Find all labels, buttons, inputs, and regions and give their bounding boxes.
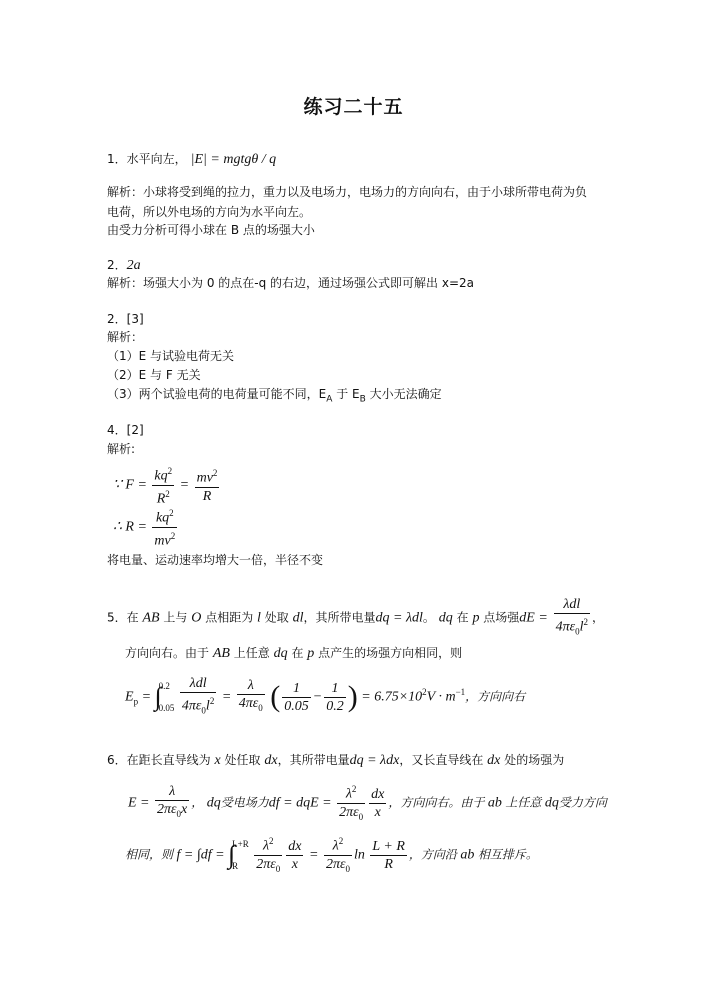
q1-formula: |E| = mgtgθ / q [191,152,276,167]
q3-item-3: （3）两个试验电荷的电荷量可能不同，EA 于 EB 大小无法确定 [107,385,442,404]
fraction: λdl4πε0l2 [180,675,216,719]
q5-integral: Ep = ∫0.20.05 λdl4πε0l2 = λ4πε0 (10.05−1… [125,675,525,719]
fraction: λdl4πε0l2 [554,596,590,640]
q1-analysis-line3: 由受力分析可得小球在 B 点的场强大小 [107,221,315,238]
fraction: kq2R2 [152,463,174,507]
q6-line1: 6．在距长直导线为 x 处任取 dx，其所带电量dq = λdx，又长直导线在 … [107,751,564,769]
fraction: λ2πε0x [155,783,189,823]
fraction: L + RR [370,838,407,873]
fraction: mv2R [195,465,220,505]
q1-analysis-line1: 解析：小球将受到绳的拉力，重力以及电场力，电场力的方向向右，由于小球所带电荷为负 [107,183,587,200]
q2-answer: 2．2a [107,256,141,274]
q4-analysis-label: 解析: [107,440,135,457]
q2-analysis: 解析：场强大小为 0 的点在-q 的右边，通过场强公式即可解出 x=2a [107,274,474,291]
fraction: λ22πε0 [254,833,282,877]
q5-line2: 方向向右。由于 AB 上任意 dq 在 p 点产生的场强方向相同，则 [125,644,462,662]
q1-answer: 1．水平向左， |E| = mgtgθ / q [107,150,276,168]
q3-analysis-label: 解析： [107,328,143,345]
q4-equation-1: ∵ F = kq2R2 = mv2R [113,463,221,507]
page-title: 练习二十五 [0,92,707,119]
q4-equation-2: ∴ R = kq2mv2 [113,505,179,549]
q4-answer: 4．[2] [107,421,144,438]
q1-analysis-line2: 电荷，所以外电场的方向为水平向左。 [107,203,311,220]
fraction: λ22πε0 [337,781,365,825]
q4-conclusion: 将电量、运动速率均增大一倍，半径不变 [107,551,323,568]
q6-line2: E = λ2πε0x， dq受电场力df = dqE = λ22πε0dxx，方… [128,781,607,825]
fraction: λ4πε0 [237,677,265,717]
q3-answer: 2．[3] [107,310,144,327]
fraction: dxx [286,838,303,873]
fraction: dxx [369,786,386,821]
fraction: λ22πε0 [324,833,352,877]
q3-item-2: （2）E 与 F 无关 [107,366,201,383]
q3-item-1: （1）E 与试验电荷无关 [107,347,234,364]
fraction: kq2mv2 [152,505,177,549]
q6-line3: 相同，则 f = ∫df = ∫L+RR λ22πε0dxx = λ22πε0l… [125,833,538,877]
q5-line1: 5．在 AB 上与 O 点相距为 l 处取 dl，其所带电量dq = λdl。 … [107,596,604,640]
